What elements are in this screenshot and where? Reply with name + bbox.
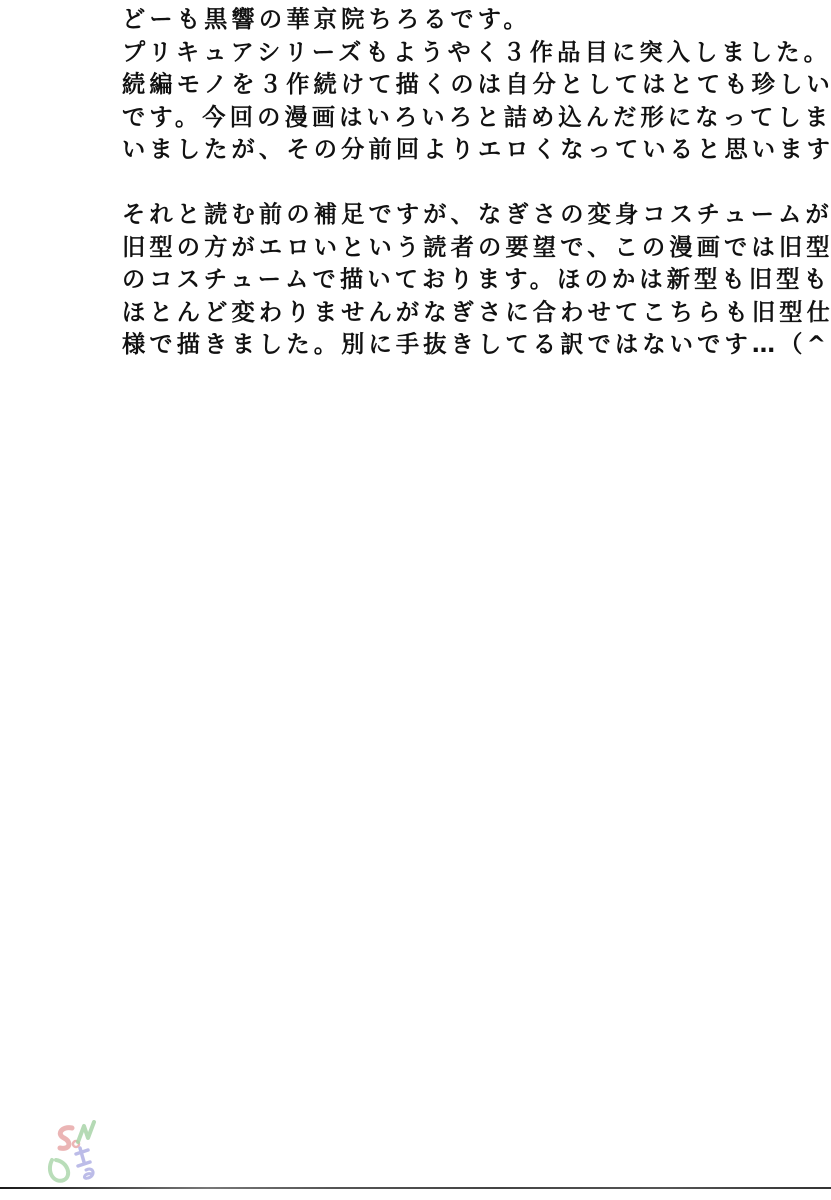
text-line: のコスチュームで描いております。ほのかは新型も旧型も (122, 264, 827, 297)
text-line: いましたが、その分前回よりエロくなっていると思います。 (122, 134, 827, 167)
text-line: ほとんど変わりませんがなぎさに合わせてこちらも旧型仕 (122, 297, 827, 330)
text-line: 続編モノを３作続けて描くのは自分としてはとても珍しい (122, 69, 827, 102)
afterword-text: どーも黒響の華京院ちろるです。 プリキュアシリーズもようやく３作品目に突入しまし… (122, 4, 827, 362)
text-line: です。今回の漫画はいろいろと詰め込んだ形になってしま (122, 102, 827, 135)
text-line: 旧型の方がエロいという読者の要望で、この漫画では旧型 (122, 232, 827, 265)
afterword-paragraph-1: どーも黒響の華京院ちろるです。 プリキュアシリーズもようやく３作品目に突入しまし… (122, 4, 827, 167)
text-line: それと読む前の補足ですが、なぎさの変身コスチュームが (122, 199, 827, 232)
text-line: プリキュアシリーズもようやく３作品目に突入しました。 (122, 37, 827, 70)
scan-group-logo-icon (42, 1120, 112, 1186)
page-bottom-rule (0, 1187, 831, 1189)
afterword-paragraph-2: それと読む前の補足ですが、なぎさの変身コスチュームが 旧型の方がエロいという読者… (122, 199, 827, 362)
text-line: どーも黒響の華京院ちろるです。 (122, 4, 827, 37)
text-line: 様で描きました。別に手抜きしてる訳ではないです…（^^; (122, 329, 827, 362)
manga-page: どーも黒響の華京院ちろるです。 プリキュアシリーズもようやく３作品目に突入しまし… (0, 0, 831, 1200)
